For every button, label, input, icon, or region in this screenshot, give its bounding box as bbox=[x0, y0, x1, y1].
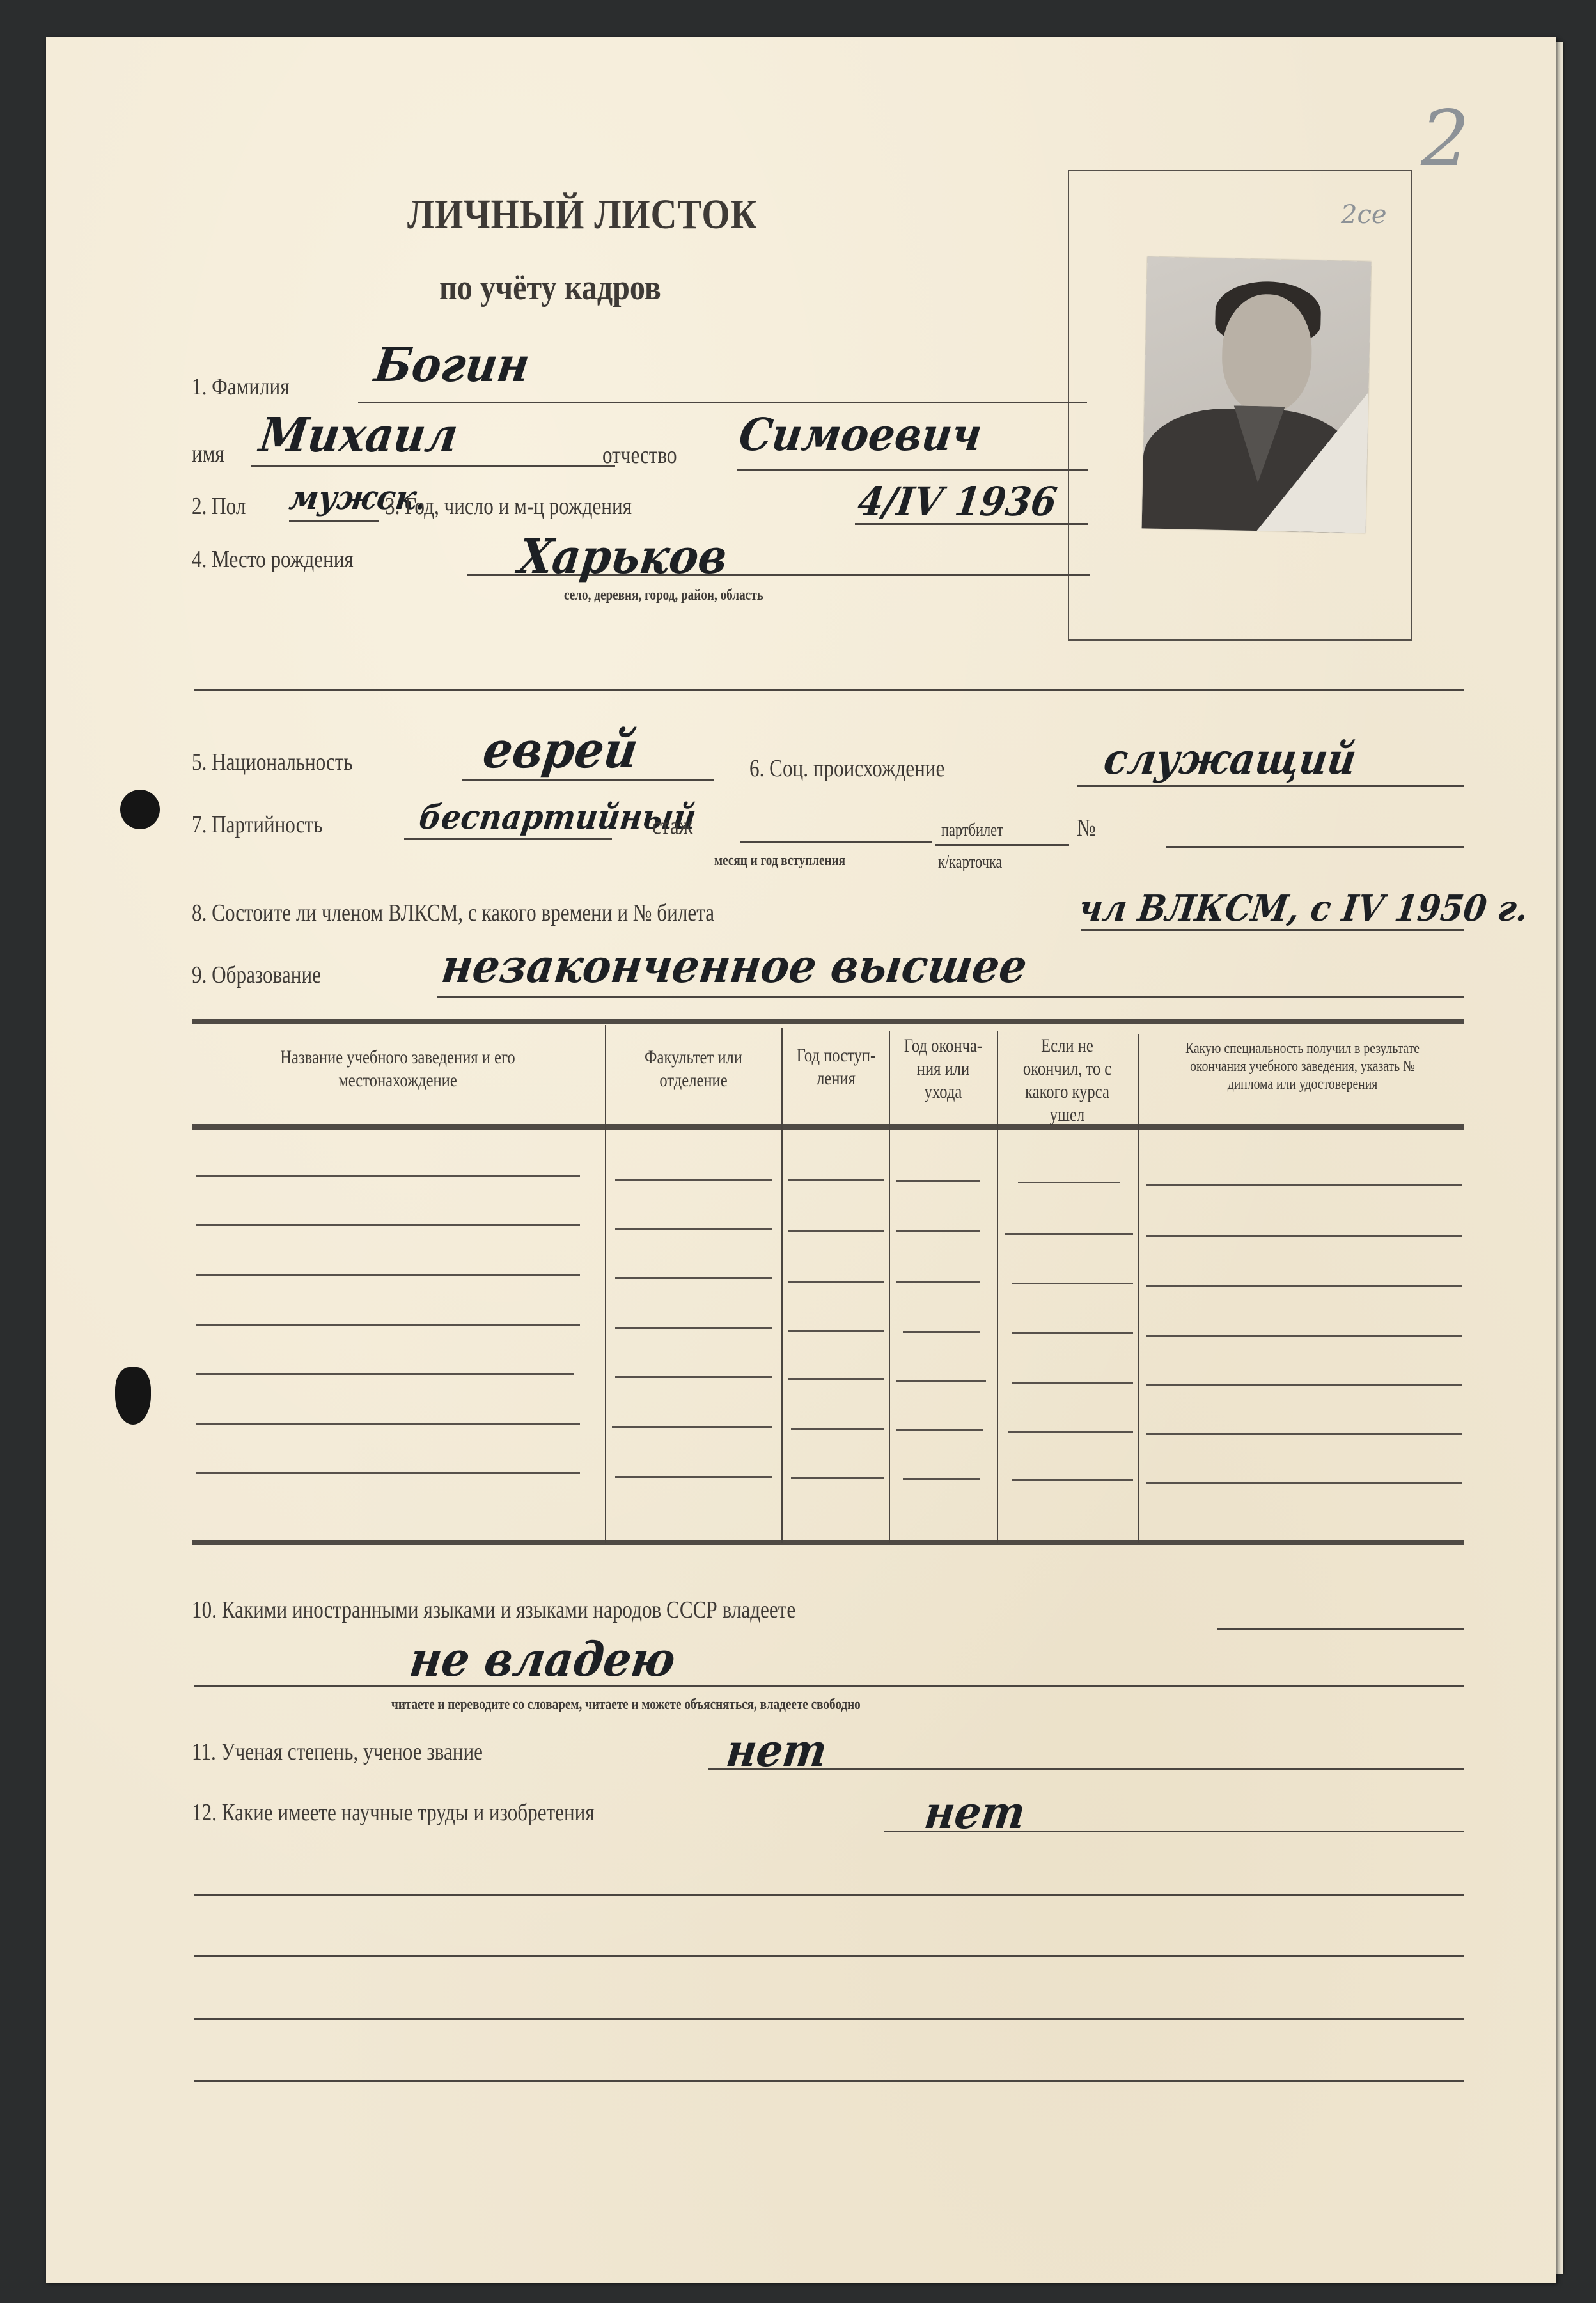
punch-hole-bottom bbox=[115, 1367, 151, 1425]
party-number-line bbox=[1166, 846, 1464, 848]
languages-label: 10. Какими иностранными языками и языкам… bbox=[192, 1596, 795, 1624]
pencil-page-number: 2 bbox=[1421, 95, 1469, 183]
party-stazh-line bbox=[740, 841, 932, 843]
photo-pencil-mark: 2се bbox=[1341, 200, 1387, 230]
nationality-value[interactable]: еврей bbox=[480, 721, 641, 779]
table-bottom-border bbox=[192, 1540, 1464, 1545]
party-stazh-hint: месяц и год вступления bbox=[714, 852, 845, 870]
portrait-photo bbox=[1142, 256, 1372, 533]
table-col-divider-3 bbox=[889, 1031, 890, 1543]
surname-label: 1. Фамилия bbox=[192, 373, 290, 401]
form-subtitle: по учёту кадров bbox=[439, 267, 661, 308]
nationality-label: 5. Национальность bbox=[192, 748, 353, 776]
works-value[interactable]: нет bbox=[921, 1786, 1028, 1839]
name-line bbox=[251, 465, 615, 467]
table-header-left-course: Если не окончил, то с какого курса ушел bbox=[1012, 1034, 1122, 1127]
education-label: 9. Образование bbox=[192, 961, 321, 989]
partbilet-label: партбилет bbox=[941, 820, 1003, 841]
blank-line-4 bbox=[194, 2080, 1464, 2082]
education-value[interactable]: незаконченное высшее bbox=[439, 939, 1030, 993]
name-value[interactable]: Михаил bbox=[256, 408, 461, 463]
punch-hole-top bbox=[120, 790, 160, 829]
name-label: имя bbox=[192, 440, 224, 468]
table-header-specialty: Какую специальность получил в результате… bbox=[1171, 1040, 1434, 1093]
birth-date-label: 3. Год, число и м-ц рождения bbox=[385, 492, 632, 520]
surname-line bbox=[358, 402, 1087, 403]
languages-value[interactable]: не владею bbox=[407, 1632, 678, 1687]
kartochka-label: к/карточка bbox=[938, 852, 1002, 873]
table-header-faculty: Факультет или отделение bbox=[624, 1046, 763, 1092]
party-stazh-label: стаж bbox=[652, 812, 692, 840]
languages-line-2 bbox=[194, 1685, 1464, 1687]
surname-value[interactable]: Богин bbox=[372, 338, 533, 393]
sex-label: 2. Пол bbox=[192, 492, 246, 520]
blank-line-3 bbox=[194, 2018, 1464, 2020]
partbilet-line bbox=[935, 844, 1069, 846]
birthplace-label: 4. Место рождения bbox=[192, 545, 354, 574]
table-top-border bbox=[192, 1019, 1464, 1024]
social-origin-value[interactable]: служащий bbox=[1101, 734, 1359, 784]
table-col-divider-2 bbox=[781, 1028, 783, 1543]
table-header-start-year: Год поступ-ления bbox=[795, 1044, 877, 1090]
komsomol-label: 8. Состоите ли членом ВЛКСМ, с какого вр… bbox=[192, 899, 714, 927]
social-origin-line bbox=[1077, 785, 1464, 787]
degree-label: 11. Ученая степень, ученое звание bbox=[192, 1738, 483, 1766]
party-number-label: № bbox=[1077, 814, 1096, 842]
education-line bbox=[437, 996, 1464, 998]
table-header-bottom-border bbox=[192, 1124, 1464, 1130]
birthplace-value[interactable]: Харьков bbox=[515, 529, 731, 584]
birthplace-hint: село, деревня, город, район, область bbox=[564, 587, 763, 604]
party-line bbox=[404, 838, 612, 840]
blank-line-2 bbox=[194, 1955, 1464, 1957]
social-origin-label: 6. Соц. происхождение bbox=[749, 754, 944, 783]
works-label: 12. Какие имеете научные труды и изобрет… bbox=[192, 1799, 595, 1827]
party-label: 7. Партийность bbox=[192, 811, 322, 839]
blank-line-after-birthplace bbox=[194, 689, 1464, 691]
personnel-record-sheet: ЛИЧНЫЙ ЛИСТОК по учёту кадров 2 2се 1. Ф… bbox=[46, 37, 1556, 2283]
blank-line-1 bbox=[194, 1894, 1464, 1896]
languages-line-1 bbox=[1217, 1628, 1464, 1630]
table-header-institution: Название учебного заведения и его местон… bbox=[240, 1046, 555, 1092]
patronymic-value[interactable]: Симоевич bbox=[736, 408, 985, 461]
table-col-divider-1 bbox=[605, 1025, 606, 1543]
birth-date-value[interactable]: 4/IV 1936 bbox=[856, 478, 1060, 525]
sex-line bbox=[289, 520, 379, 522]
degree-value[interactable]: нет bbox=[723, 1724, 830, 1777]
patronymic-line bbox=[737, 469, 1088, 471]
komsomol-value[interactable]: чл ВЛКСМ, с IV 1950 г. bbox=[1076, 887, 1530, 930]
form-title: ЛИЧНЫЙ ЛИСТОК bbox=[407, 191, 757, 239]
table-col-divider-5 bbox=[1138, 1034, 1139, 1543]
table-col-divider-4 bbox=[997, 1031, 998, 1543]
patronymic-label: отчество bbox=[602, 441, 677, 469]
languages-hint: читаете и переводите со словарем, читает… bbox=[391, 1696, 861, 1714]
table-header-end-year: Год оконча-ния или ухода bbox=[902, 1034, 985, 1104]
